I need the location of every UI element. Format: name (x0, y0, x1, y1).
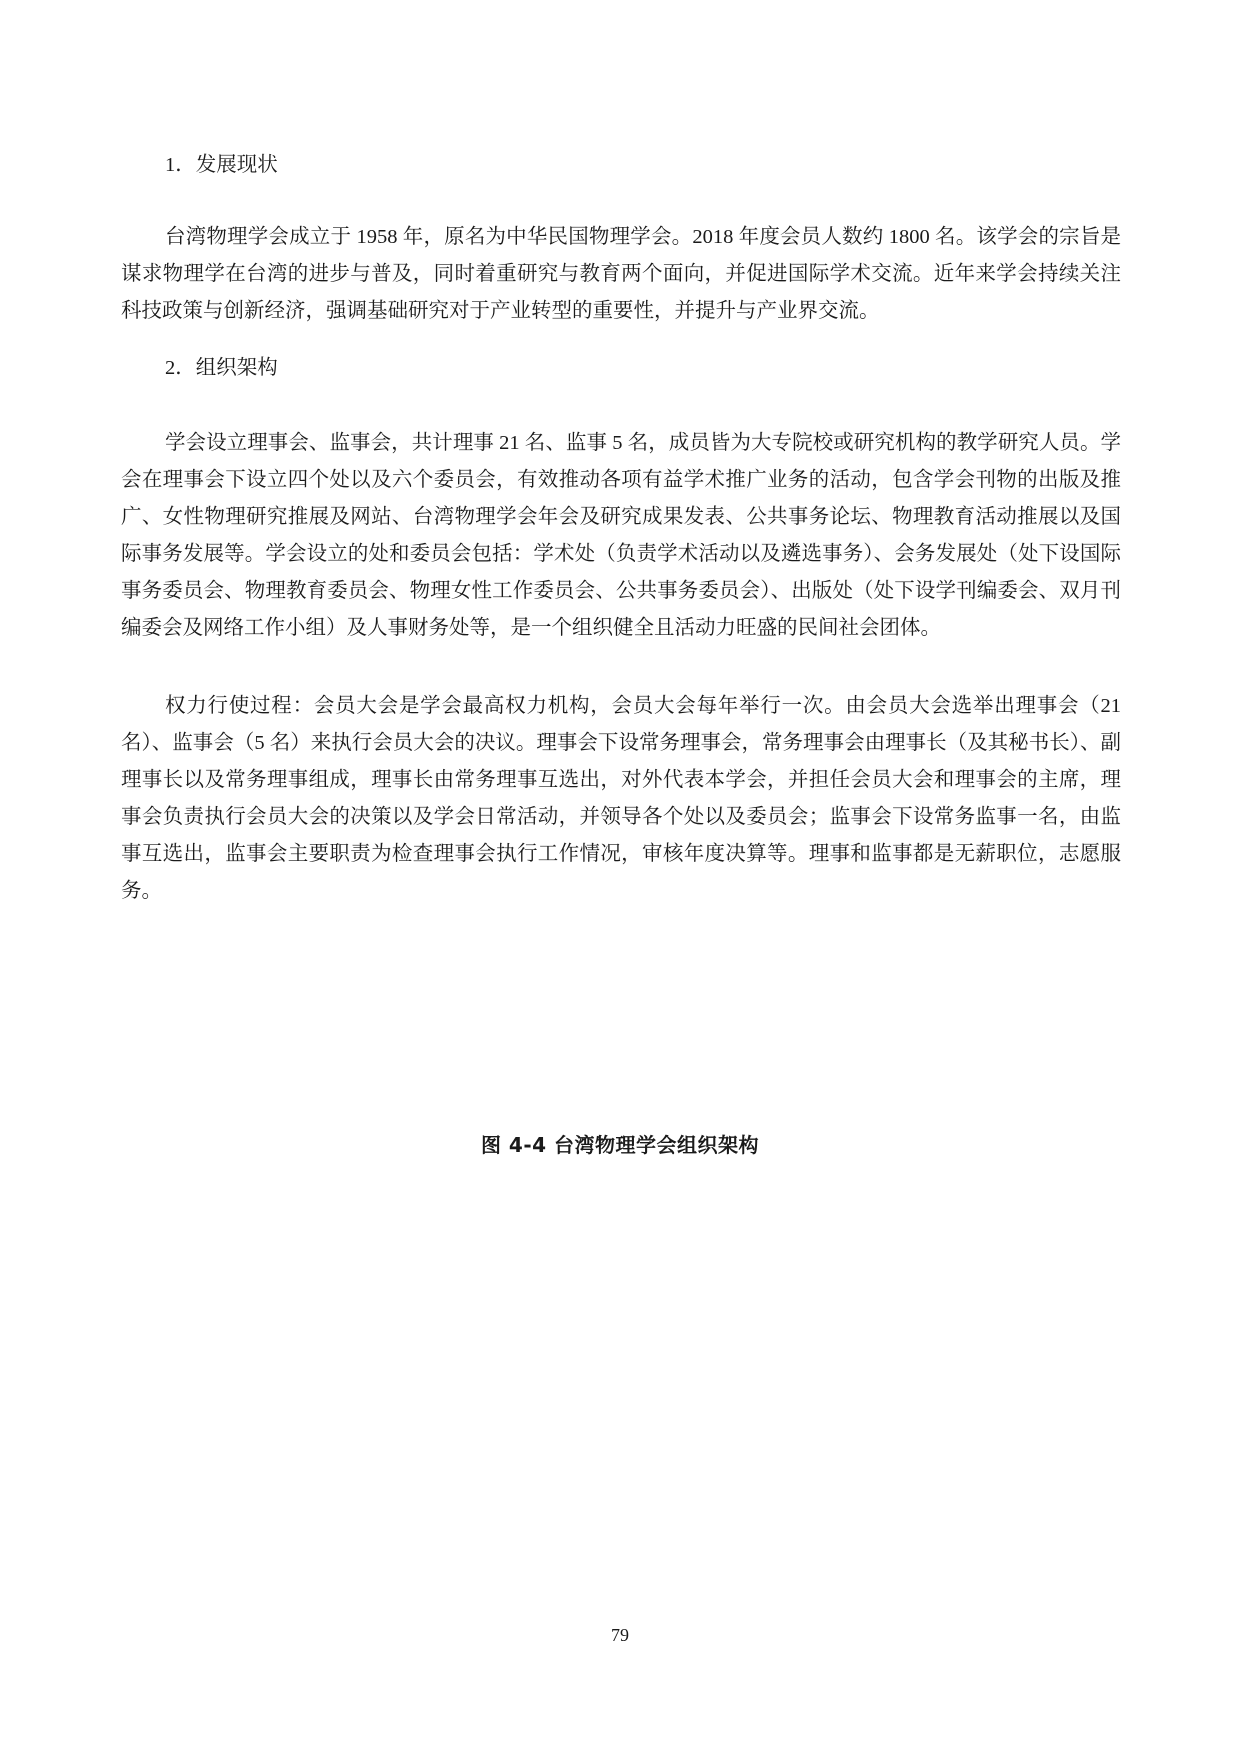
page-number: 79 (0, 1622, 1240, 1648)
paragraph-society-overview: 台湾物理学会成立于 1958 年，原名为中华民国物理学会。2018 年度会员人数… (121, 219, 1121, 330)
section-heading-organization-structure: 2．组织架构 (165, 350, 278, 387)
paragraph-power-exercise-process: 权力行使过程：会员大会是学会最高权力机构，会员大会每年举行一次。由会员大会选举出… (121, 688, 1121, 910)
section-body-power-exercise: 权力行使过程：会员大会是学会最高权力机构，会员大会每年举行一次。由会员大会选举出… (121, 688, 1121, 910)
paragraph-council-and-committees: 学会设立理事会、监事会，共计理事 21 名、监事 5 名，成员皆为大专院校或研究… (121, 425, 1121, 647)
section-body-organization-structure: 学会设立理事会、监事会，共计理事 21 名、监事 5 名，成员皆为大专院校或研究… (121, 425, 1121, 647)
document-page: 1．发展现状 台湾物理学会成立于 1958 年，原名为中华民国物理学会。2018… (0, 0, 1240, 1753)
figure-caption: 图 4-4 台湾物理学会组织架构 (0, 1128, 1240, 1162)
section-heading-development-status: 1．发展现状 (165, 147, 278, 184)
section-body-development-status: 台湾物理学会成立于 1958 年，原名为中华民国物理学会。2018 年度会员人数… (121, 219, 1121, 330)
